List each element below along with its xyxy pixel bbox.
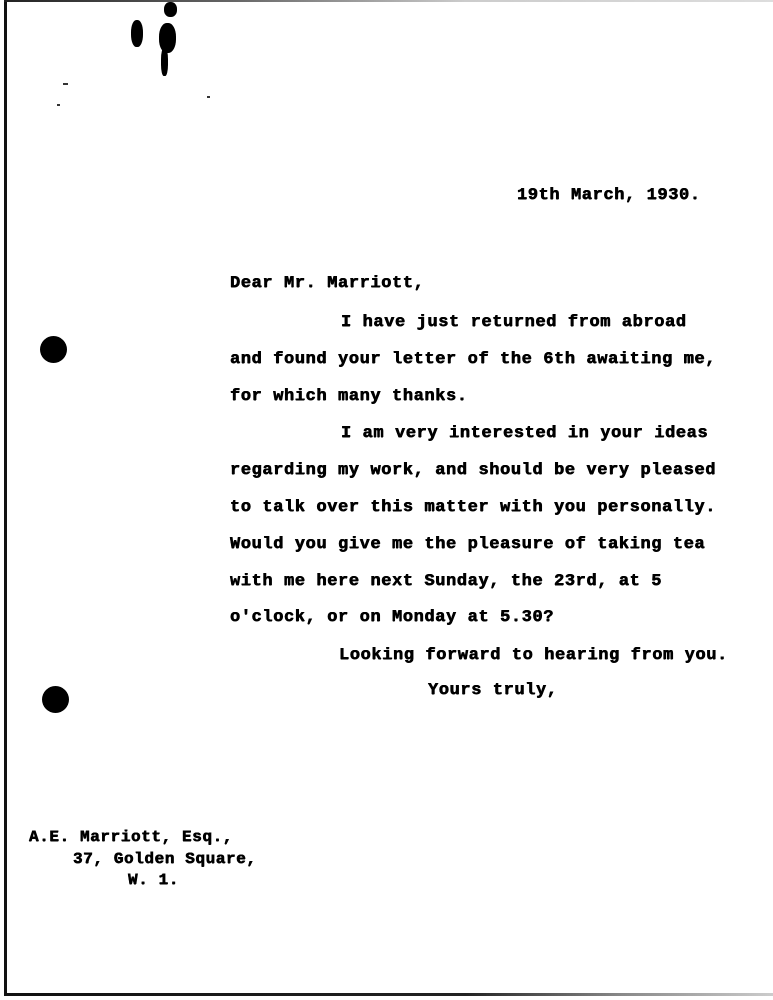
- body-line: I have just returned from abroad: [341, 313, 687, 332]
- body-line: Would you give me the pleasure of taking…: [230, 535, 705, 554]
- ink-blot: [164, 2, 177, 17]
- recipient-address-line: A.E. Marriott, Esq.,: [29, 828, 233, 846]
- body-line: regarding my work, and should be very pl…: [230, 461, 716, 480]
- body-line: with me here next Sunday, the 23rd, at 5: [230, 572, 662, 591]
- letter-page: 19th March, 1930. Dear Mr. Marriott, I h…: [0, 0, 773, 1000]
- page-left-edge: [4, 2, 7, 996]
- ink-blot: [131, 20, 143, 47]
- ink-blot: [161, 48, 168, 76]
- page-top-edge: [4, 0, 773, 2]
- ink-speck: [57, 104, 60, 106]
- ink-speck: [63, 83, 68, 85]
- salutation: Dear Mr. Marriott,: [230, 274, 424, 293]
- punch-hole: [42, 686, 69, 713]
- body-line: for which many thanks.: [230, 387, 468, 406]
- body-line: to talk over this matter with you person…: [230, 498, 716, 517]
- recipient-address-line: W. 1.: [128, 871, 179, 889]
- punch-hole: [40, 336, 67, 363]
- body-line: o'clock, or on Monday at 5.30?: [230, 608, 554, 627]
- body-line: I am very interested in your ideas: [341, 424, 708, 443]
- page-bottom-edge: [4, 993, 773, 996]
- recipient-address-line: 37, Golden Square,: [73, 850, 257, 868]
- body-line: and found your letter of the 6th awaitin…: [230, 350, 716, 369]
- letter-date: 19th March, 1930.: [517, 186, 701, 205]
- ink-speck: [207, 96, 210, 98]
- closing: Yours truly,: [428, 681, 558, 700]
- body-line: Looking forward to hearing from you.: [339, 646, 728, 665]
